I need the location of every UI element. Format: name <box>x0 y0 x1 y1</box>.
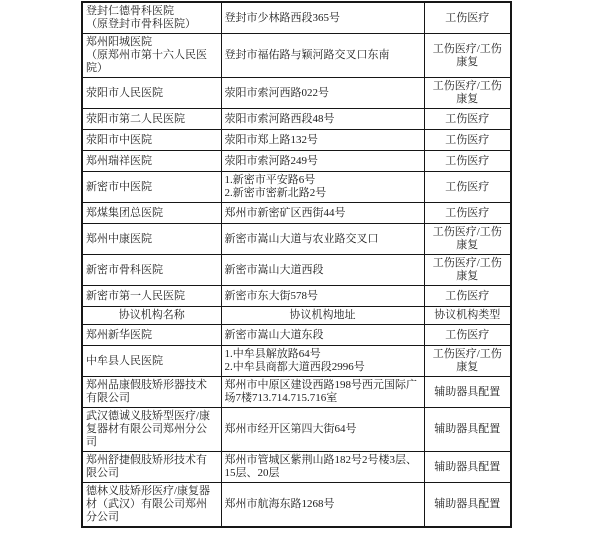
institution-address-cell: 荥阳市索河西路022号 <box>221 78 424 109</box>
institution-type-cell: 辅助器具配置 <box>424 452 511 483</box>
institution-name-cell: 登封仁德骨科医院 （原登封市骨科医院） <box>82 2 221 34</box>
institution-type-cell: 工伤医疗/工伤康复 <box>424 255 511 286</box>
institution-address-cell: 1.新密市平安路6号 2.新密市密新北路2号 <box>221 172 424 203</box>
institution-row: 郑州阳城医院 （原郑州市第十六人民医院）登封市福佑路与颖河路交叉口东南工伤医疗/… <box>82 34 511 78</box>
institutions-table-container: 登封仁德骨科医院 （原登封市骨科医院）登封市少林路西段365号工伤医疗郑州阳城医… <box>81 1 510 528</box>
institution-type-cell: 辅助器具配置 <box>424 408 511 452</box>
institution-address-cell: 郑州市新密矿区西街44号 <box>221 203 424 224</box>
institution-name-cell: 郑州新华医院 <box>82 325 221 346</box>
institution-address-cell: 郑州市中原区建设西路198号西元国际广场7楼713.714.715.716室 <box>221 377 424 408</box>
institution-type-cell: 工伤医疗/工伤康复 <box>424 346 511 377</box>
institution-type-cell: 工伤医疗/工伤康复 <box>424 224 511 255</box>
institution-row: 郑州新华医院新密市嵩山大道东段工伤医疗 <box>82 325 511 346</box>
institution-address-cell: 登封市少林路西段365号 <box>221 2 424 34</box>
institution-name-cell: 郑州阳城医院 （原郑州市第十六人民医院） <box>82 34 221 78</box>
section-header-row: 协议机构名称协议机构地址协议机构类型 <box>82 307 511 325</box>
column-header-address: 协议机构地址 <box>221 307 424 325</box>
institution-name-cell: 郑煤集团总医院 <box>82 203 221 224</box>
institutions-table: 登封仁德骨科医院 （原登封市骨科医院）登封市少林路西段365号工伤医疗郑州阳城医… <box>81 1 512 528</box>
institution-name-cell: 郑州瑞祥医院 <box>82 151 221 172</box>
institution-row: 荥阳市中医院荥阳市郑上路132号工伤医疗 <box>82 130 511 151</box>
institution-type-cell: 工伤医疗 <box>424 130 511 151</box>
institution-address-cell: 郑州市管城区紫荆山路182号2号楼3层、15层、20层 <box>221 452 424 483</box>
institution-address-cell: 荥阳市索河路西段48号 <box>221 109 424 130</box>
institution-address-cell: 新密市嵩山大道与农业路交叉口 <box>221 224 424 255</box>
institution-address-cell: 郑州市经开区第四大街64号 <box>221 408 424 452</box>
institution-row: 新密市第一人民医院新密市东大街578号工伤医疗 <box>82 286 511 307</box>
institution-row: 郑州舒捷假肢矫形技术有 限公司郑州市管城区紫荆山路182号2号楼3层、15层、2… <box>82 452 511 483</box>
institution-type-cell: 工伤医疗 <box>424 151 511 172</box>
institution-address-cell: 登封市福佑路与颖河路交叉口东南 <box>221 34 424 78</box>
institution-address-cell: 郑州市航海东路1268号 <box>221 483 424 528</box>
institution-address-cell: 荥阳市郑上路132号 <box>221 130 424 151</box>
institution-type-cell: 工伤医疗 <box>424 2 511 34</box>
institution-name-cell: 荥阳市人民医院 <box>82 78 221 109</box>
institution-type-cell: 辅助器具配置 <box>424 483 511 528</box>
institution-row: 郑煤集团总医院郑州市新密矿区西街44号工伤医疗 <box>82 203 511 224</box>
institution-name-cell: 荥阳市第二人民医院 <box>82 109 221 130</box>
institution-address-cell: 新密市嵩山大道西段 <box>221 255 424 286</box>
institution-name-cell: 德林义肢矫形医疗/康复器材（武汉）有限公司郑州分公司 <box>82 483 221 528</box>
institution-address-cell: 新密市嵩山大道东段 <box>221 325 424 346</box>
institution-row: 郑州品康假肢矫形器技术 有限公司郑州市中原区建设西路198号西元国际广场7楼71… <box>82 377 511 408</box>
institution-type-cell: 工伤医疗 <box>424 325 511 346</box>
institution-address-cell: 荥阳市索河路249号 <box>221 151 424 172</box>
institution-row: 登封仁德骨科医院 （原登封市骨科医院）登封市少林路西段365号工伤医疗 <box>82 2 511 34</box>
institution-row: 新密市中医院1.新密市平安路6号 2.新密市密新北路2号工伤医疗 <box>82 172 511 203</box>
institution-type-cell: 工伤医疗 <box>424 203 511 224</box>
institution-address-cell: 1.中牟县解放路64号 2.中牟县商都大道西段2996号 <box>221 346 424 377</box>
institutions-table-body: 登封仁德骨科医院 （原登封市骨科医院）登封市少林路西段365号工伤医疗郑州阳城医… <box>82 2 511 527</box>
institution-name-cell: 中牟县人民医院 <box>82 346 221 377</box>
institution-name-cell: 新密市骨科医院 <box>82 255 221 286</box>
institution-row: 荥阳市人民医院荥阳市索河西路022号工伤医疗/工伤康复 <box>82 78 511 109</box>
document-page: 登封仁德骨科医院 （原登封市骨科医院）登封市少林路西段365号工伤医疗郑州阳城医… <box>0 0 600 543</box>
institution-type-cell: 工伤医疗 <box>424 172 511 203</box>
institution-name-cell: 郑州舒捷假肢矫形技术有 限公司 <box>82 452 221 483</box>
institution-row: 荥阳市第二人民医院荥阳市索河路西段48号工伤医疗 <box>82 109 511 130</box>
institution-name-cell: 新密市中医院 <box>82 172 221 203</box>
institution-type-cell: 工伤医疗 <box>424 109 511 130</box>
institution-row: 武汉德诚义肢矫型医疗/康复器材有限公司郑州分公司郑州市经开区第四大街64号辅助器… <box>82 408 511 452</box>
institution-row: 郑州瑞祥医院荥阳市索河路249号工伤医疗 <box>82 151 511 172</box>
institution-row: 新密市骨科医院新密市嵩山大道西段工伤医疗/工伤康复 <box>82 255 511 286</box>
institution-type-cell: 辅助器具配置 <box>424 377 511 408</box>
institution-name-cell: 新密市第一人民医院 <box>82 286 221 307</box>
institution-row: 郑州中康医院新密市嵩山大道与农业路交叉口工伤医疗/工伤康复 <box>82 224 511 255</box>
institution-type-cell: 工伤医疗/工伤康复 <box>424 78 511 109</box>
column-header-type: 协议机构类型 <box>424 307 511 325</box>
institution-name-cell: 荥阳市中医院 <box>82 130 221 151</box>
institution-type-cell: 工伤医疗/工伤康复 <box>424 34 511 78</box>
institution-row: 中牟县人民医院1.中牟县解放路64号 2.中牟县商都大道西段2996号工伤医疗/… <box>82 346 511 377</box>
institution-row: 德林义肢矫形医疗/康复器材（武汉）有限公司郑州分公司郑州市航海东路1268号辅助… <box>82 483 511 528</box>
column-header-name: 协议机构名称 <box>82 307 221 325</box>
institution-name-cell: 郑州品康假肢矫形器技术 有限公司 <box>82 377 221 408</box>
institution-address-cell: 新密市东大街578号 <box>221 286 424 307</box>
institution-name-cell: 郑州中康医院 <box>82 224 221 255</box>
institution-name-cell: 武汉德诚义肢矫型医疗/康复器材有限公司郑州分公司 <box>82 408 221 452</box>
institution-type-cell: 工伤医疗 <box>424 286 511 307</box>
